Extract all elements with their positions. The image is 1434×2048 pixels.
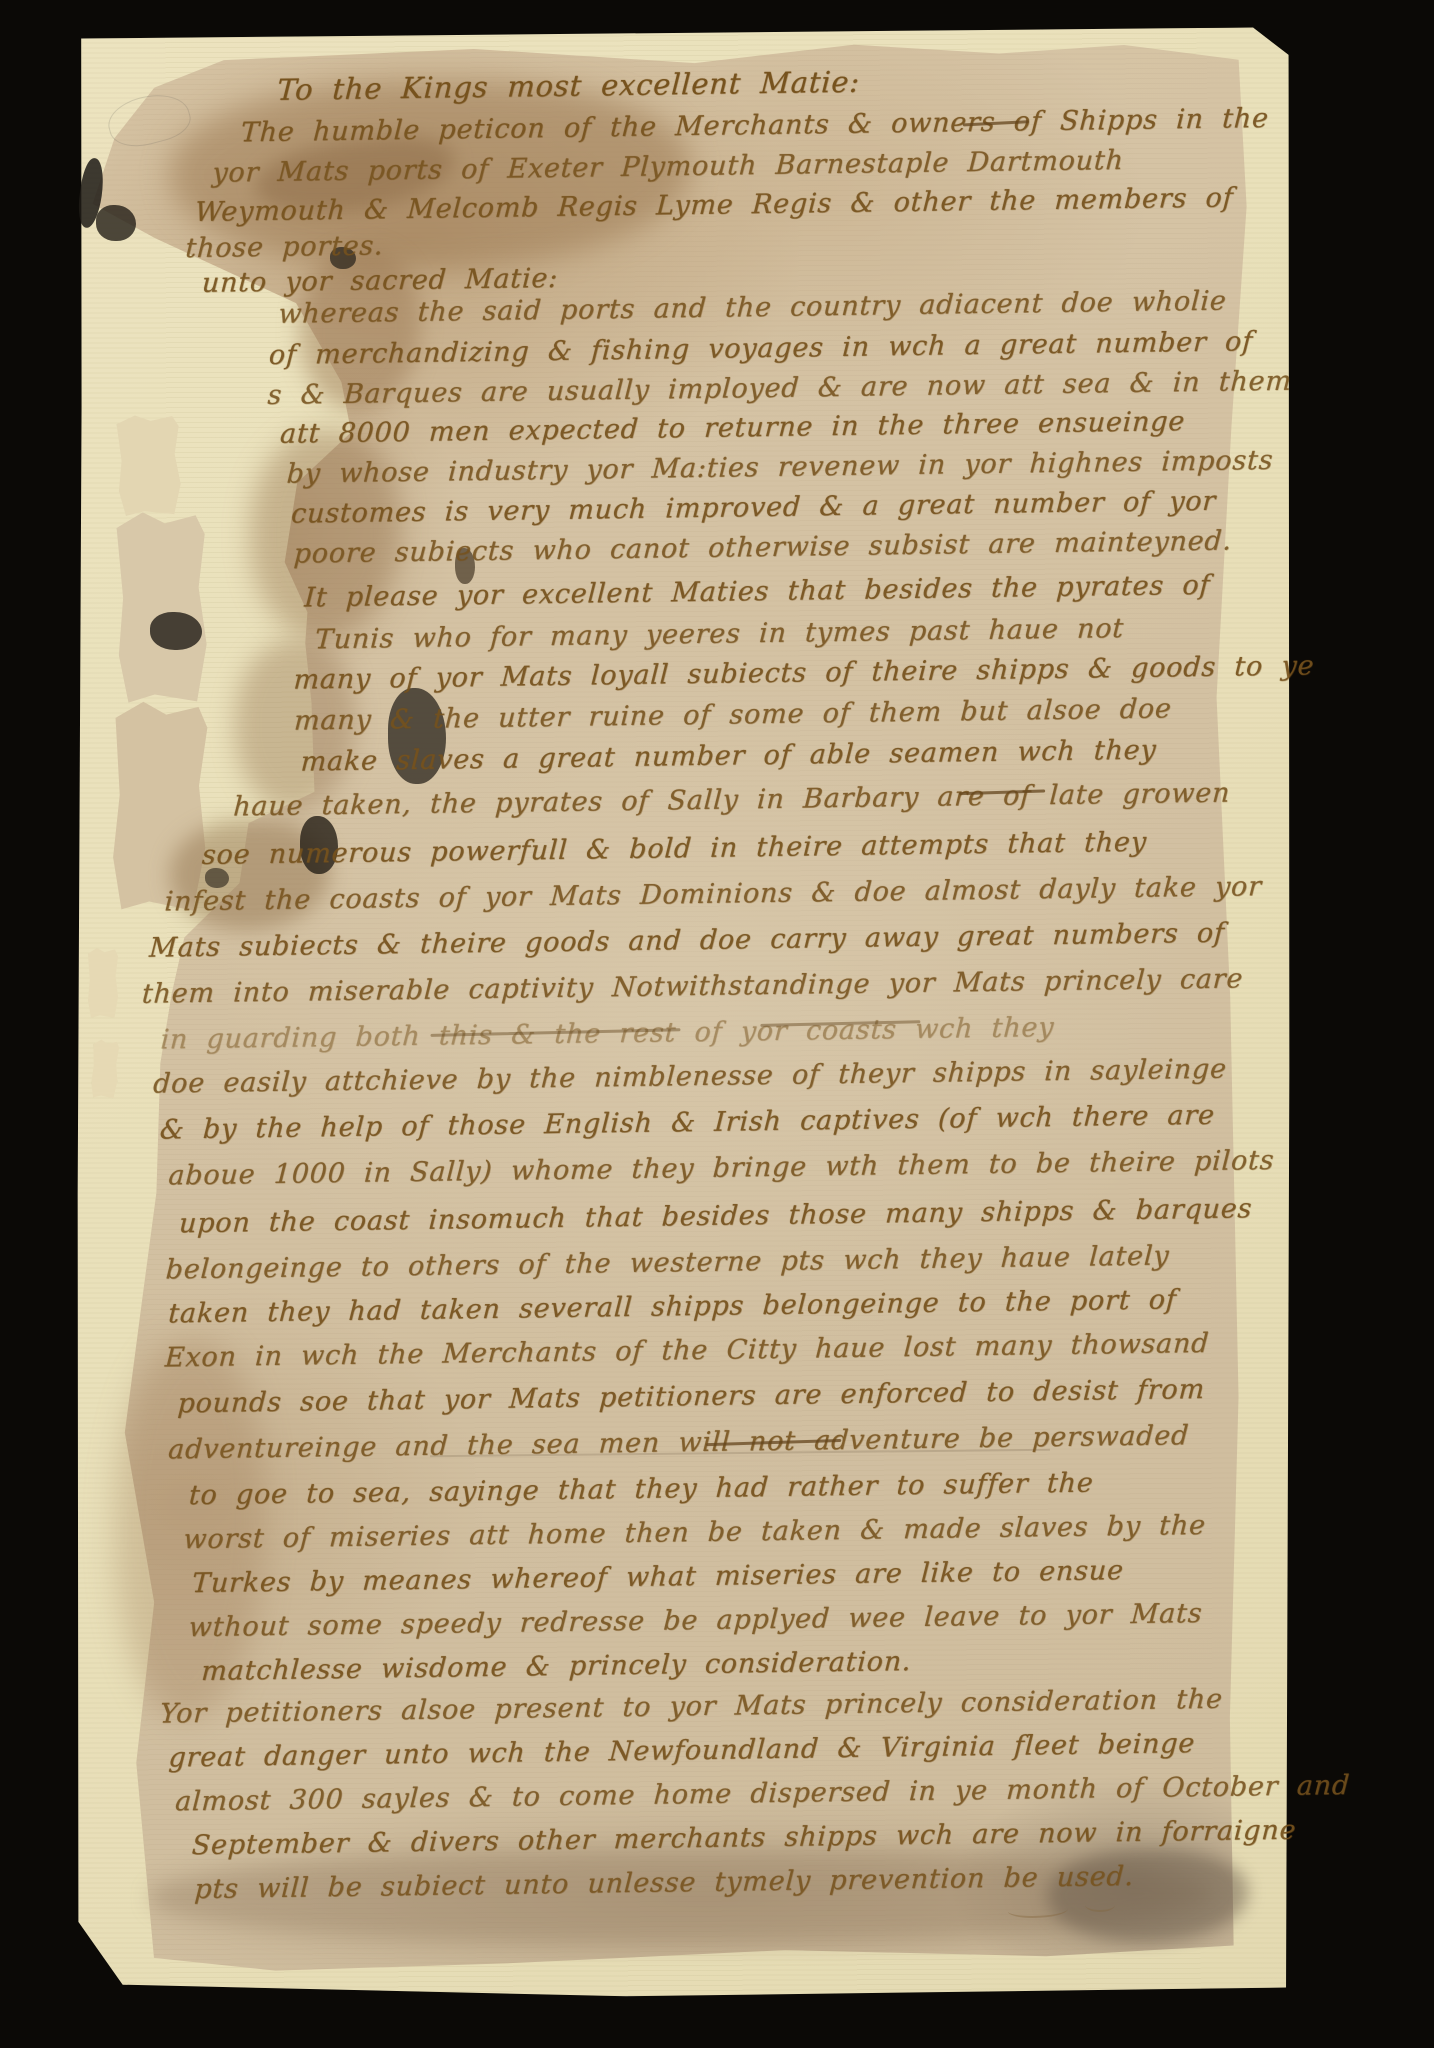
manuscript-line: those portes. bbox=[185, 230, 385, 264]
manuscript-line: Mats subiects & theire goods and doe car… bbox=[148, 918, 1225, 964]
manuscript-line: Yor petitioners alsoe present to yor Mat… bbox=[159, 1684, 1224, 1730]
manuscript-line: infest the coasts of yor Mats Dominions … bbox=[164, 871, 1263, 917]
manuscript-line: The humble peticon of the Merchants & ow… bbox=[240, 103, 1270, 148]
manuscript-line: customes is very much improved & a great… bbox=[290, 486, 1217, 530]
manuscript-line: soe numerous powerfull & bold in theire … bbox=[201, 827, 1148, 871]
manuscript-line: doe easily attchieve by the nimblenesse … bbox=[152, 1054, 1227, 1100]
manuscript-line: taken they had taken severall shipps bel… bbox=[168, 1284, 1178, 1329]
manuscript-line: Turkes by meanes whereof what miseries a… bbox=[191, 1555, 1124, 1599]
manuscript-line: September & divers other merchants shipp… bbox=[191, 1815, 1297, 1861]
manuscript-line: Exon in wch the Merchants of the Citty h… bbox=[164, 1328, 1210, 1374]
manuscript-line: by whose industry yor Ma:ties revenew in… bbox=[286, 445, 1274, 490]
manuscript-line: att 8000 men expected to returne in the … bbox=[279, 406, 1186, 450]
manuscript-line: them into miserable captivity Notwithsta… bbox=[141, 963, 1244, 1009]
manuscript-line: great danger unto wch the Newfoundland &… bbox=[168, 1728, 1196, 1773]
manuscript-line: s & Barques are usually imployed & are n… bbox=[267, 366, 1293, 411]
manuscript-line: & by the help of those English & Irish c… bbox=[159, 1100, 1216, 1146]
manuscript-line: make slaves a great number of able seame… bbox=[300, 735, 1158, 778]
manuscript-line: pts will be subiect unto unlesse tymely … bbox=[194, 1861, 1135, 1905]
manuscript-line: many of yor Mats loyall subiects of thei… bbox=[293, 650, 1316, 695]
manuscript-line: in guarding both this & the rest of yor … bbox=[160, 1012, 1056, 1056]
manuscript-line: to goe to sea, sayinge that they had rat… bbox=[188, 1468, 1094, 1512]
photograph-background: To the Kings most excellent Matie: The h… bbox=[0, 0, 1434, 2048]
manuscript-body: The humble peticon of the Merchants & ow… bbox=[0, 0, 1420, 3]
handwriting-layer: To the Kings most excellent Matie: The h… bbox=[0, 0, 1434, 2048]
manuscript-line: poore subiects who canot otherwise subsi… bbox=[293, 526, 1233, 570]
manuscript-line: adventureinge and the sea men will not a… bbox=[167, 1420, 1190, 1465]
manuscript-line: haue taken, the pyrates of Sally in Barb… bbox=[232, 778, 1231, 823]
petition-heading: To the Kings most excellent Matie: bbox=[276, 65, 861, 107]
manuscript-line: wthout some speedy redresse be applyed w… bbox=[188, 1598, 1203, 1643]
manuscript-line: upon the coast insomuch that besides tho… bbox=[178, 1193, 1253, 1239]
manuscript-line: pounds soe that yor Mats petitioners are… bbox=[177, 1374, 1206, 1419]
manuscript-line: belongeinge to others of the westerne pt… bbox=[165, 1240, 1170, 1285]
manuscript-line: unto yor sacred Matie: bbox=[201, 263, 559, 299]
manuscript-line: yor Mats ports of Exeter Plymouth Barnes… bbox=[212, 145, 1125, 189]
manuscript-line: Weymouth & Melcomb Regis Lyme Regis & ot… bbox=[194, 182, 1234, 228]
manuscript-line: almost 300 sayles & to come home dispers… bbox=[174, 1770, 1351, 1817]
manuscript-line: It please yor excellent Maties that besi… bbox=[304, 570, 1212, 614]
manuscript-line: Tunis who for many yeeres in tymes past … bbox=[314, 613, 1125, 655]
manuscript-line: worst of miseries att home then be taken… bbox=[183, 1510, 1207, 1555]
manuscript-line: many & the utter ruine of some of them b… bbox=[293, 693, 1172, 736]
manuscript-line: of merchandizing & fishing voyages in wc… bbox=[268, 326, 1254, 371]
manuscript-line: aboue 1000 in Sally) whome they bringe w… bbox=[168, 1145, 1276, 1191]
manuscript-line: matchlesse wisdome & princely considerat… bbox=[201, 1646, 913, 1687]
